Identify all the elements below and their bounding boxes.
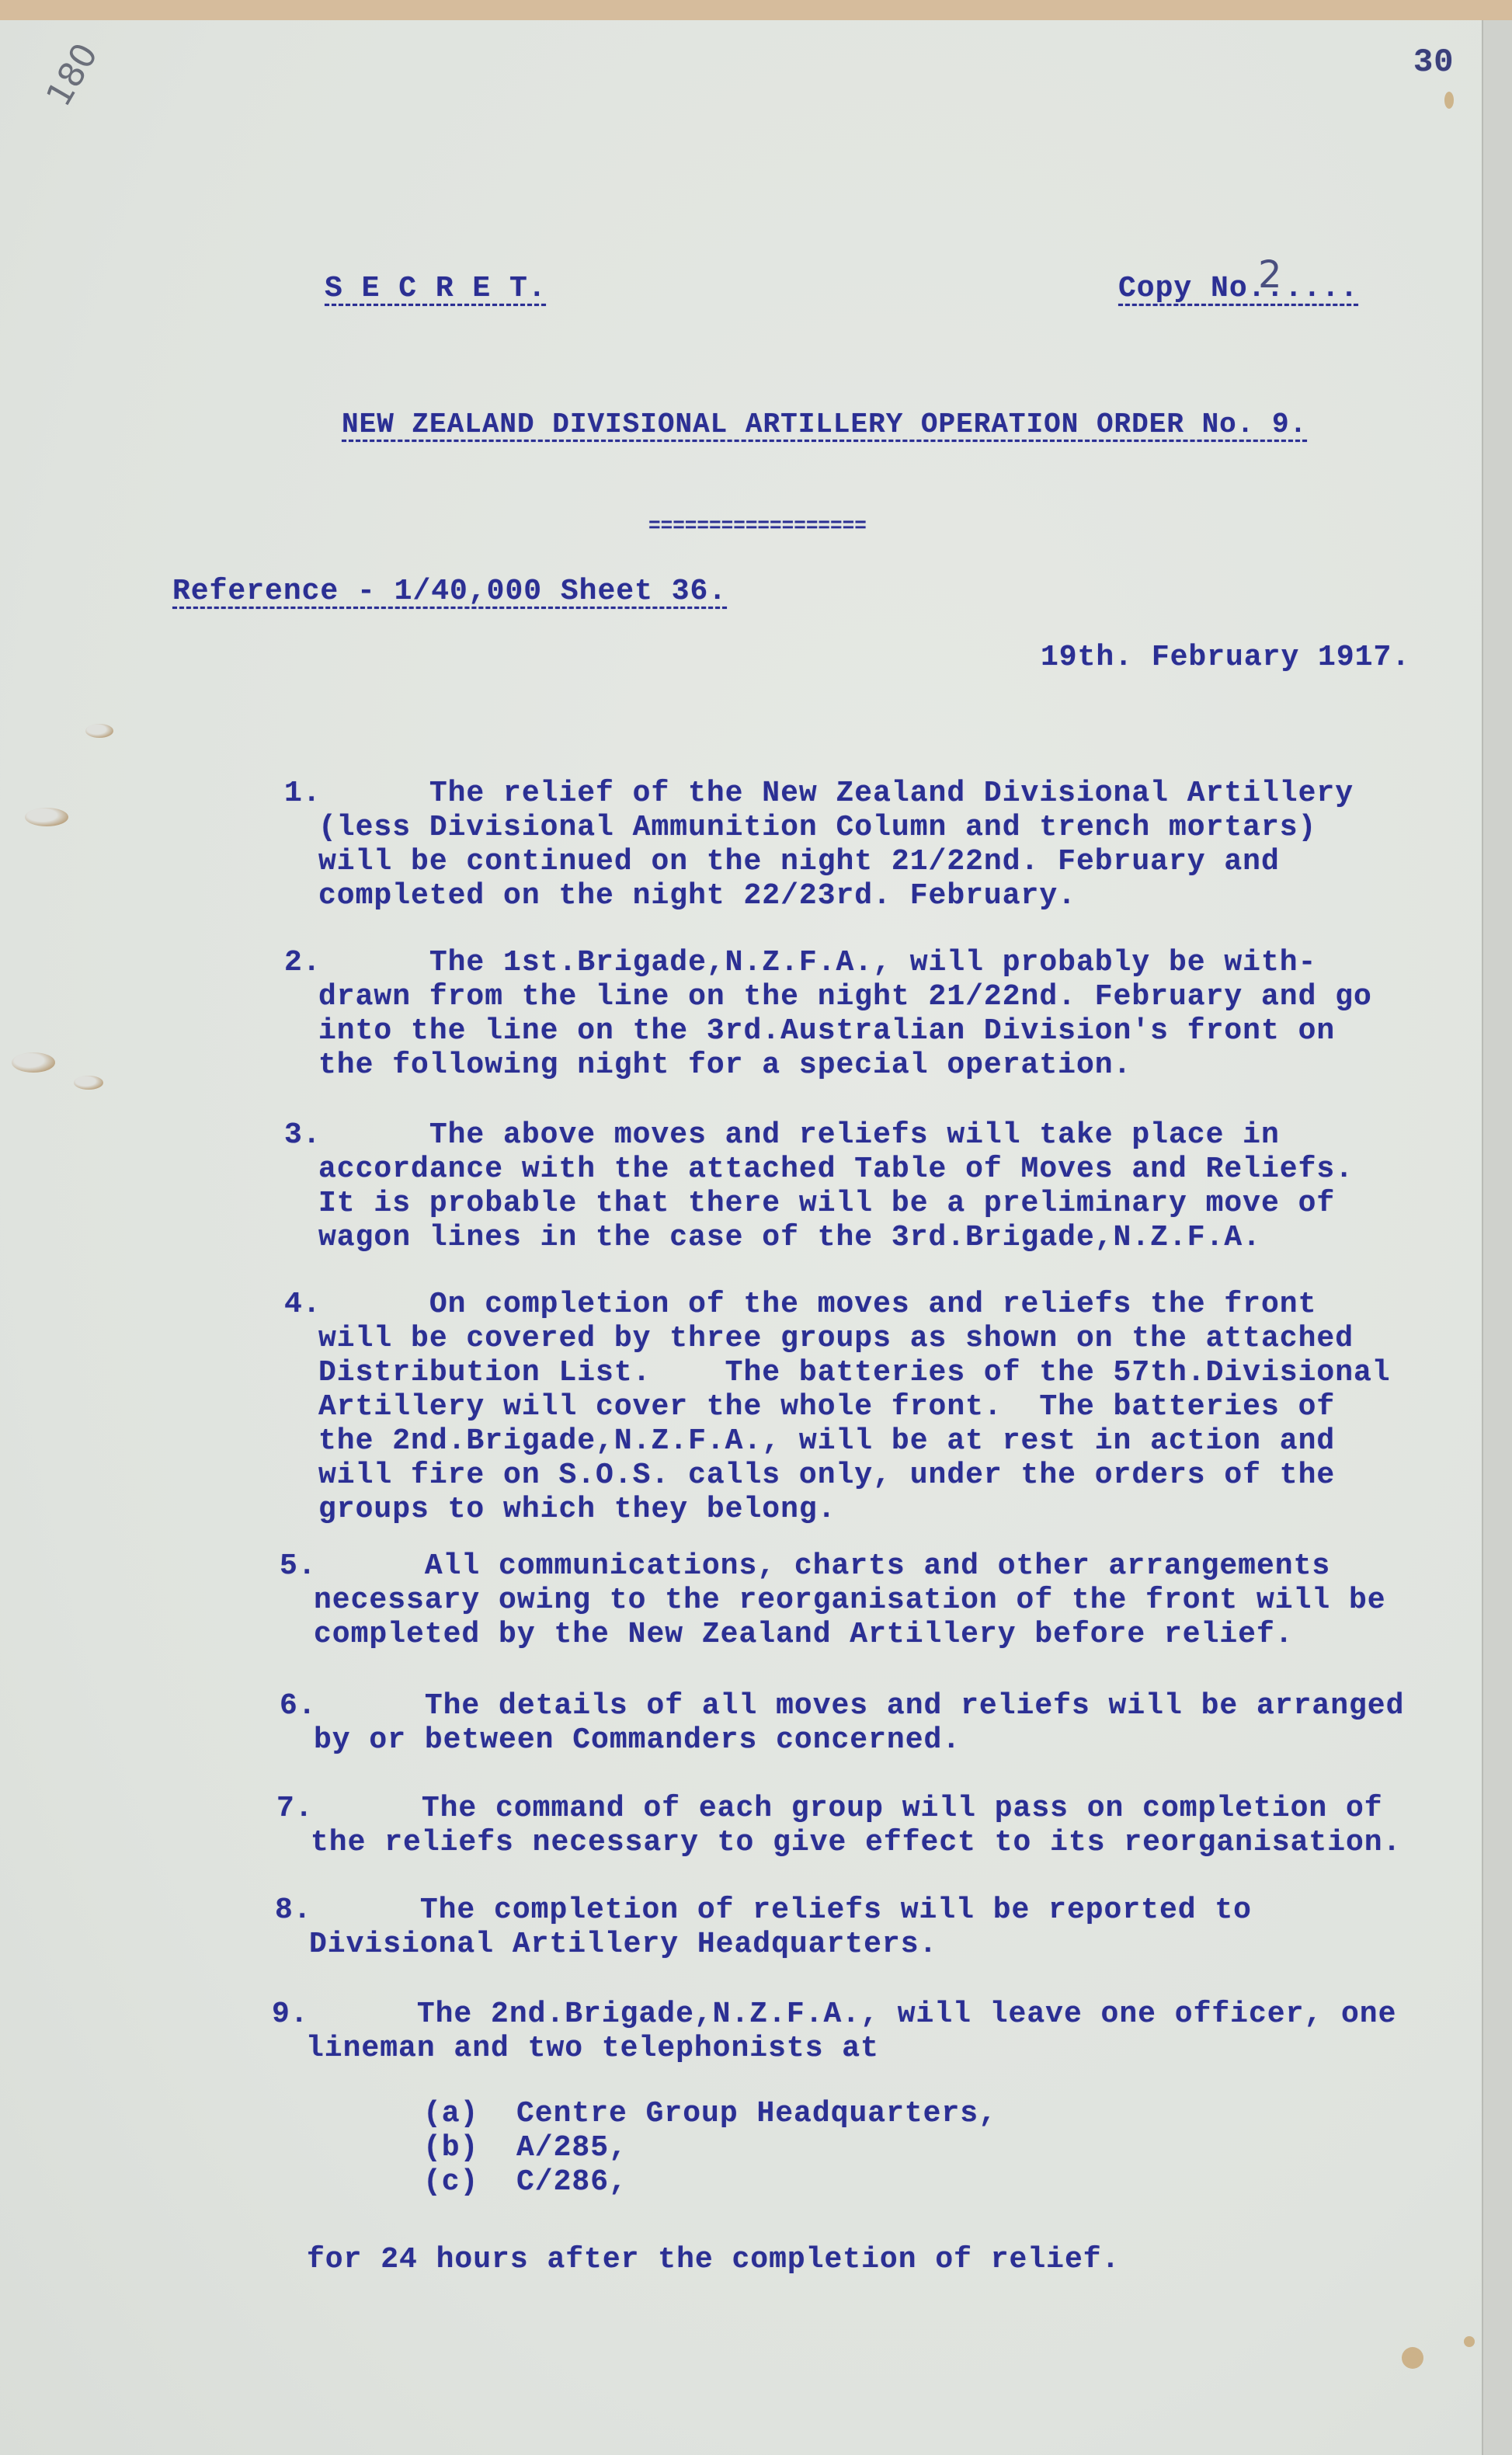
paragraph-line: into the line on the 3rd.Australian Divi… bbox=[318, 1014, 1335, 1048]
paragraph-number: 1. bbox=[284, 777, 322, 811]
list-item-text: C/286, bbox=[516, 2165, 627, 2199]
paragraph-line: drawn from the line on the night 21/22nd… bbox=[318, 980, 1372, 1014]
paragraph-number: 2. bbox=[284, 946, 322, 980]
page-number: 30 bbox=[1413, 45, 1454, 79]
paragraph-line: completed by the New Zealand Artillery b… bbox=[314, 1618, 1294, 1652]
paragraph-line: (less Divisional Ammunition Column and t… bbox=[318, 811, 1316, 845]
paragraph-line: lineman and two telephonists at bbox=[306, 2032, 879, 2066]
paragraph-number: 6. bbox=[280, 1689, 317, 1723]
closing-line: for 24 hours after the completion of rel… bbox=[307, 2243, 1120, 2277]
paragraph-line: Divisional Artillery Headquarters. bbox=[309, 1928, 937, 1962]
copy-label: Copy No...... bbox=[1118, 272, 1358, 305]
punch-hole bbox=[12, 1052, 55, 1073]
paragraph-line: completed on the night 22/23rd. February… bbox=[318, 879, 1076, 913]
paragraph-line: necessary owing to the reorganisation of… bbox=[314, 1584, 1386, 1618]
document-date: 19th. February 1917. bbox=[1041, 641, 1410, 675]
paragraph-line: the 2nd.Brigade,N.Z.F.A., will be at res… bbox=[318, 1424, 1335, 1459]
paragraph-line: accordance with the attached Table of Mo… bbox=[318, 1153, 1354, 1187]
paragraph-line: The details of all moves and reliefs wil… bbox=[314, 1689, 1404, 1723]
list-item-text: A/285, bbox=[516, 2131, 627, 2165]
paragraph-line: The command of each group will pass on c… bbox=[311, 1792, 1383, 1826]
paragraph-line: will fire on S.O.S. calls only, under th… bbox=[318, 1459, 1335, 1493]
paragraph-line: the following night for a special operat… bbox=[318, 1048, 1131, 1083]
paragraph-line: The relief of the New Zealand Divisional… bbox=[318, 777, 1354, 811]
punch-hole bbox=[25, 808, 68, 826]
punch-hole bbox=[74, 1076, 103, 1090]
map-reference: Reference - 1/40,000 Sheet 36. bbox=[172, 575, 727, 609]
paragraph-line: All communications, charts and other arr… bbox=[314, 1549, 1330, 1584]
list-item-label: (b) bbox=[423, 2131, 478, 2165]
classification-secret: S E C R E T. bbox=[325, 272, 547, 306]
paragraph-line: will be covered by three groups as shown… bbox=[318, 1322, 1354, 1356]
copy-number-handwritten: 2 bbox=[1258, 253, 1282, 297]
paragraph-line: On completion of the moves and reliefs t… bbox=[318, 1288, 1316, 1322]
paragraph-number: 4. bbox=[284, 1288, 322, 1322]
document-title: NEW ZEALAND DIVISIONAL ARTILLERY OPERATI… bbox=[342, 408, 1307, 442]
page-right-edge bbox=[1482, 20, 1512, 2455]
paragraph-line: groups to which they belong. bbox=[318, 1493, 836, 1527]
rust-spot bbox=[1464, 2336, 1475, 2347]
paragraph-line: will be continued on the night 21/22nd. … bbox=[318, 845, 1280, 879]
paragraph-line: The completion of reliefs will be report… bbox=[309, 1893, 1252, 1928]
paragraph-line: the reliefs necessary to give effect to … bbox=[311, 1826, 1401, 1860]
copy-number: Copy No...... 2 bbox=[1118, 272, 1358, 306]
paragraph-line: Artillery will cover the whole front. Th… bbox=[318, 1390, 1335, 1424]
paragraph-line: The above moves and reliefs will take pl… bbox=[318, 1118, 1280, 1153]
paragraph-line: by or between Commanders concerned. bbox=[314, 1723, 961, 1758]
paragraph-line: The 1st.Brigade,N.Z.F.A., will probably … bbox=[318, 946, 1316, 980]
rust-spot bbox=[1444, 92, 1454, 109]
list-item-label: (c) bbox=[423, 2165, 478, 2199]
paragraph-line: Distribution List. The batteries of the … bbox=[318, 1356, 1391, 1390]
paragraph-number: 9. bbox=[272, 1998, 309, 2032]
rust-spot bbox=[1402, 2347, 1423, 2369]
title-separator: ================== bbox=[648, 509, 867, 543]
paragraph-number: 5. bbox=[280, 1549, 317, 1584]
paragraph-number: 8. bbox=[275, 1893, 312, 1928]
paragraph-line: wagon lines in the case of the 3rd.Briga… bbox=[318, 1221, 1261, 1255]
paragraph-line: The 2nd.Brigade,N.Z.F.A., will leave one… bbox=[306, 1998, 1396, 2032]
paragraph-number: 3. bbox=[284, 1118, 322, 1153]
list-item-text: Centre Group Headquarters, bbox=[516, 2097, 997, 2131]
list-item-label: (a) bbox=[423, 2097, 478, 2131]
punch-hole bbox=[85, 724, 113, 738]
paragraph-number: 7. bbox=[276, 1792, 314, 1826]
paragraph-line: It is probable that there will be a prel… bbox=[318, 1187, 1335, 1221]
